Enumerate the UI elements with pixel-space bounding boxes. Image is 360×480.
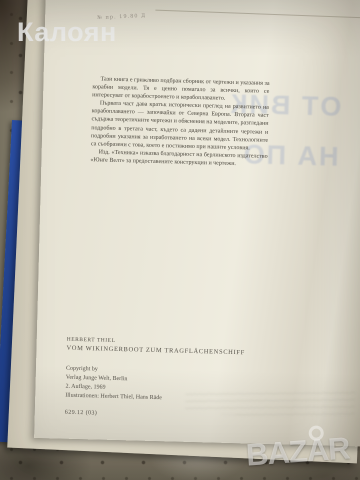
shopping-bag-letter-icon: A — [305, 432, 329, 469]
page-edge-line — [155, 10, 360, 20]
annotation-blurb: Тази книга е грижливо подбран сборник от… — [90, 75, 269, 169]
blurb-paragraph: Изд. «Техника» изказва благодарност на б… — [90, 148, 267, 169]
seller-name-watermark: Калоян — [17, 17, 117, 48]
bazar-letters-left: BAZ — [245, 433, 308, 473]
book-title-verso-page: № пр. 19.80 Д ОТ ВИК НА ПО Тази книга е … — [34, 0, 360, 447]
bazar-letters-right: R — [327, 430, 351, 467]
ink-offset-smudge — [185, 388, 356, 418]
bazar-logo-watermark: BAZAR — [245, 430, 351, 473]
blurb-paragraph: Първата част дава кратък исторически пре… — [91, 100, 269, 153]
